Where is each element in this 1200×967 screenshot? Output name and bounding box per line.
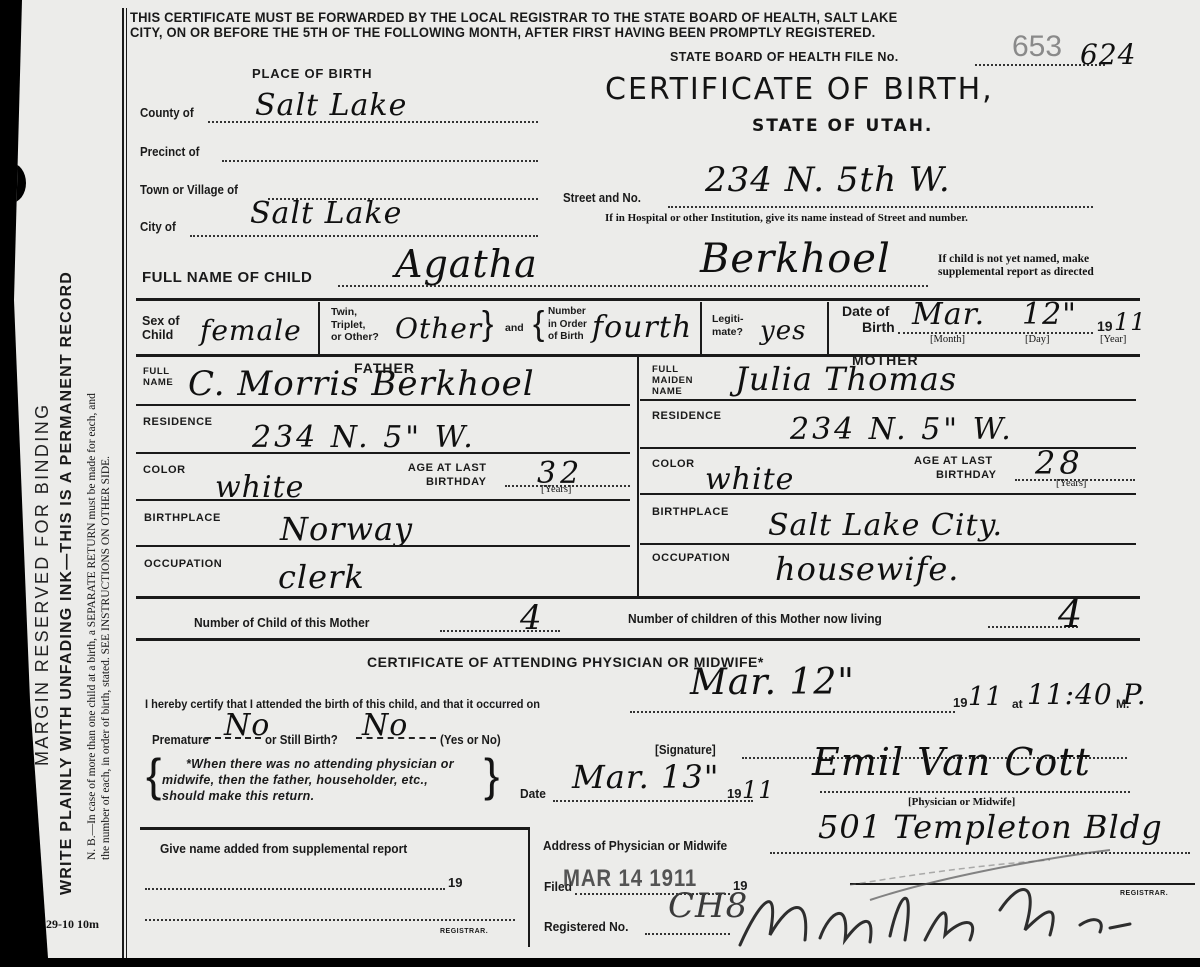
supplemental-box-right (528, 827, 530, 947)
order-label-3: of Birth (548, 331, 587, 344)
father-name-label: FULL NAME (143, 366, 173, 388)
rule-mother-color (640, 493, 1136, 495)
legit-label-2: mate? (712, 326, 744, 339)
supplemental-heading: Give name added from supplemental report (160, 841, 407, 856)
sex-label: Sex of Child (142, 314, 180, 342)
date-year-suffix[interactable]: 11 (742, 776, 775, 804)
rule-mother-name (640, 399, 1136, 401)
child-first-name[interactable]: Agatha (395, 242, 538, 286)
rule-counts-top (136, 596, 1140, 599)
mother-age-label-2: BIRTHDAY (914, 468, 997, 482)
sex-value[interactable]: female (200, 314, 302, 347)
child-name-label: FULL NAME OF CHILD (142, 269, 312, 286)
twin-label: Twin, Triplet, or Other? (331, 306, 379, 344)
mother-name-label-3: NAME (652, 386, 693, 397)
street-label: Street and No. (563, 191, 641, 205)
dob-year-suffix[interactable]: 11 (1114, 308, 1147, 336)
mother-age-label-1: AGE AT LAST (914, 454, 997, 468)
brace-left-order: { (533, 305, 544, 344)
dob-year-prefix: 19 (1097, 318, 1113, 334)
occurred-date-value[interactable]: Mar. 12" (690, 662, 855, 703)
dob-month-caption: [Month] (930, 334, 965, 345)
header-notice-line2: CITY, ON OR BEFORE THE 5TH OF THE FOLLOW… (130, 25, 875, 40)
sex-label-2: Child (142, 328, 180, 342)
mother-name-label: FULL MAIDEN NAME (652, 364, 693, 397)
supplemental-registrar-caption: REGISTRAR. (440, 928, 488, 935)
father-years-caption: [Years] (541, 484, 571, 495)
city-value[interactable]: Salt Lake (250, 196, 402, 231)
street-value[interactable]: 234 N. 5th W. (705, 160, 951, 200)
signature-caption: [Physician or Midwife] (908, 796, 1015, 808)
divider-legit-dob (827, 302, 829, 354)
certificate-title: CERTIFICATE OF BIRTH, (605, 72, 994, 107)
signature-label: [Signature] (655, 743, 716, 757)
mother-name-label-2: MAIDEN (652, 375, 693, 386)
father-name-label-1: FULL (143, 366, 173, 377)
margin-nb-line2: the number of each, in order of birth, s… (100, 456, 112, 860)
living-value[interactable]: 4 (1058, 592, 1083, 636)
county-value[interactable]: Salt Lake (255, 88, 407, 123)
street-line (668, 206, 1093, 208)
child-number-value[interactable]: 4 (520, 598, 543, 638)
order-label: Number in Order of Birth (548, 306, 587, 344)
order-label-1: Number (548, 306, 587, 319)
living-label: Number of children of this Mother now li… (628, 611, 882, 626)
footnote-brace-right: } (484, 752, 499, 798)
file-no-handwritten: 624 (1080, 38, 1136, 71)
mother-color-label: COLOR (652, 458, 695, 470)
child-name-note: If child is not yet named, make suppleme… (938, 253, 1094, 279)
supplemental-box-top (140, 827, 530, 830)
mother-occupation-label: OCCUPATION (652, 552, 730, 564)
signature-value[interactable]: Emil Van Cott (812, 740, 1091, 784)
twin-value[interactable]: Other (395, 312, 482, 345)
registrar-signature-scrawl (700, 840, 1160, 958)
father-birthplace-label: BIRTHPLACE (144, 512, 221, 524)
occurred-year-prefix: 19 (953, 695, 967, 710)
dob-day[interactable]: 12" (1022, 297, 1077, 332)
brace-right-twin: } (482, 305, 493, 344)
order-value[interactable]: fourth (592, 310, 692, 345)
mother-name-label-1: FULL (652, 364, 693, 375)
city-label: City of (140, 220, 176, 234)
twin-label-2: Triplet, (331, 319, 379, 332)
physician-footnote: *When there was no attending physician o… (162, 756, 454, 804)
binding-hole (0, 163, 26, 203)
margin-binding-text: MARGIN RESERVED FOR BINDING (32, 402, 53, 766)
at-label: at (1012, 697, 1023, 711)
mother-birthplace-value[interactable]: Salt Lake City. (768, 508, 1003, 543)
dob-month[interactable]: Mar. (912, 297, 985, 332)
mother-age-label: AGE AT LAST BIRTHDAY (914, 454, 997, 482)
header-notice-line1: THIS CERTIFICATE MUST BE FORWARDED BY TH… (130, 10, 897, 25)
rule-counts-bottom (136, 638, 1140, 641)
premature-value[interactable]: No (224, 708, 270, 743)
date-line (553, 800, 753, 802)
mother-name-value[interactable]: Julia Thomas (735, 360, 957, 398)
rule-mother-birthplace (640, 543, 1136, 545)
hospital-note: If in Hospital or other Institution, giv… (605, 212, 968, 224)
name-note-line1: If child is not yet named, make (938, 253, 1094, 266)
yes-no-hint: (Yes or No) (440, 733, 501, 747)
divider-sex-twin (318, 302, 320, 354)
footnote-line3: should make this return. (162, 788, 454, 804)
stillbirth-value[interactable]: No (362, 708, 408, 743)
left-border-rule-inner (126, 8, 127, 958)
child-last-name[interactable]: Berkhoel (700, 236, 891, 282)
supplemental-registrar-line (145, 919, 515, 921)
registered-label: Registered No. (544, 919, 628, 934)
date-year-prefix: 19 (727, 786, 741, 801)
file-no-stamped: 653 (1012, 30, 1062, 64)
father-color-label: COLOR (143, 464, 186, 476)
legit-label-1: Legiti- (712, 313, 744, 326)
dob-label-1: Date of (842, 303, 895, 319)
precinct-label: Precinct of (140, 145, 199, 159)
rule-father-color (136, 499, 630, 501)
premature-label: Premature (152, 733, 209, 747)
certify-text: I hereby certify that I attended the bir… (145, 697, 540, 711)
child-number-label: Number of Child of this Mother (194, 615, 369, 630)
twin-label-1: Twin, (331, 306, 379, 319)
name-note-line2: supplemental report as directed (938, 266, 1094, 279)
occurred-date-line (630, 711, 955, 713)
and-label: and (505, 322, 524, 334)
father-residence-value[interactable]: 234 N. 5" W. (252, 420, 476, 455)
father-occupation-label: OCCUPATION (144, 558, 222, 570)
city-line (190, 235, 538, 237)
supplemental-year-prefix: 19 (448, 875, 462, 890)
divider-order-legit (700, 302, 702, 354)
occurred-year-suffix[interactable]: 11 (968, 682, 1003, 712)
town-label: Town or Village of (140, 183, 238, 197)
margin-nb-line1: N. B.—In case of more than one child at … (86, 393, 98, 860)
form-code: -29-10 10m (42, 917, 99, 932)
footnote-line2: midwife, then the father, householder, e… (162, 772, 454, 788)
rule-father-name (136, 404, 630, 406)
date-label: Date (520, 786, 546, 801)
county-label: County of (140, 106, 194, 120)
twin-label-3: or Other? (331, 331, 379, 344)
mother-birthplace-label: BIRTHPLACE (652, 506, 729, 518)
sex-label-1: Sex of (142, 314, 180, 328)
place-of-birth-heading: PLACE OF BIRTH (252, 66, 372, 81)
footnote-line1: *When there was no attending physician o… (162, 756, 454, 772)
dob-line (898, 332, 1093, 334)
certificate-paper: MARGIN RESERVED FOR BINDING WRITE PLAINL… (0, 0, 1200, 958)
mother-residence-label: RESIDENCE (652, 410, 722, 422)
margin-ink-notice: WRITE PLAINLY WITH UNFADING INK—THIS IS … (58, 271, 76, 895)
legit-value[interactable]: yes (760, 316, 806, 346)
father-age-label-1: AGE AT LAST (404, 461, 487, 475)
father-name-label-2: NAME (143, 377, 173, 388)
footnote-brace-left: { (146, 752, 161, 798)
rule-father-birthplace (136, 545, 630, 547)
father-age-label-2: BIRTHDAY (404, 475, 487, 489)
legit-label: Legiti- mate? (712, 313, 744, 338)
dob-label: Date of Birth (842, 303, 895, 335)
file-no-label: STATE BOARD OF HEALTH FILE No. (670, 50, 899, 64)
rule-child-top (136, 298, 1140, 301)
dob-year-caption: [Year] (1100, 334, 1126, 345)
father-name-value[interactable]: C. Morris Berkhoel (188, 364, 535, 404)
date-value[interactable]: Mar. 13" (572, 758, 719, 796)
mother-years-caption: [Years] (1056, 478, 1086, 489)
dob-label-2: Birth (842, 319, 895, 335)
mother-residence-value[interactable]: 234 N. 5" W. (790, 412, 1014, 447)
mother-occupation-value[interactable]: housewife. (775, 550, 959, 588)
father-occupation-value[interactable]: clerk (278, 558, 365, 596)
rule-father-residence (136, 452, 630, 454)
mother-color-value[interactable]: white (705, 462, 794, 497)
precinct-line (222, 160, 538, 162)
father-birthplace-value[interactable]: Norway (280, 510, 413, 548)
time-suffix: M. (1116, 697, 1129, 711)
stillbirth-label: or Still Birth? (265, 733, 338, 747)
left-border-rule (122, 8, 124, 958)
signature-line (820, 791, 1130, 793)
mother-age-value[interactable]: 28 (1035, 444, 1084, 482)
divider-parents (637, 356, 639, 596)
order-label-2: in Order (548, 319, 587, 332)
dob-day-caption: [Day] (1025, 334, 1050, 345)
father-age-label: AGE AT LAST BIRTHDAY (404, 461, 487, 489)
father-residence-label: RESIDENCE (143, 416, 213, 428)
supplemental-name-line (145, 888, 445, 890)
certificate-subtitle: STATE OF UTAH. (752, 116, 933, 136)
